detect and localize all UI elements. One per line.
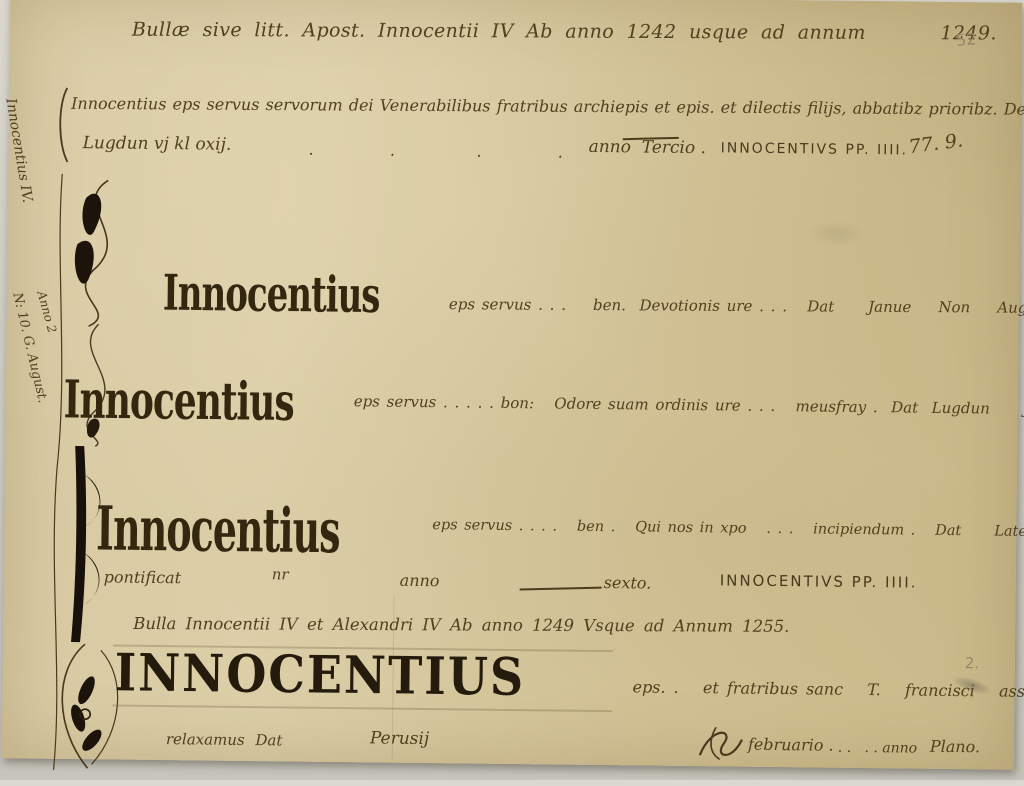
dot-leaders: . . . . bbox=[309, 141, 563, 161]
section-heading: Bulla Innocentii IV et Alexandri IV Ab a… bbox=[133, 615, 789, 636]
sexto-lead-stroke bbox=[520, 587, 602, 591]
title-line: Bullæ sive litt. Apost. Innocentii IV Ab… bbox=[132, 20, 997, 45]
bottom-dots-anno: . . . . anno bbox=[838, 741, 917, 757]
bottom-relaxamus: relaxamus Dat bbox=[166, 731, 283, 749]
margin-title-vertical: Innocentius IV. bbox=[2, 97, 34, 204]
entry-opening-line: Innocentius eps servus servorum dei Vene… bbox=[71, 95, 1024, 119]
gothic-initial-word: Innocentius bbox=[96, 498, 340, 562]
folder-number: 2. bbox=[965, 654, 980, 672]
entry-text: eps servus . . . . . bon: Odore suam ord… bbox=[354, 393, 1024, 419]
entry-closing-caps: INNOCENTIVS PP. IIII. bbox=[721, 140, 909, 158]
entry-dateline: Lugdun vj kl oxij. bbox=[83, 134, 232, 154]
bracket-flourish-icon bbox=[54, 86, 71, 164]
lombardic-initial-word: INNOCENTIUS bbox=[114, 647, 525, 703]
innocentivs-caps: INNOCENTIVS PP. IIII. bbox=[720, 571, 918, 591]
gothic-initial-word: Innocentius bbox=[63, 374, 294, 429]
pencil-guideline-bottom bbox=[112, 704, 612, 711]
bottom-plano: Plano. bbox=[930, 738, 980, 756]
entry-closing-number: 77. 9. bbox=[908, 130, 965, 158]
nr-abbrev: nr bbox=[272, 566, 289, 583]
paper-sheet: Bullæ sive litt. Apost. Innocentii IV Ab… bbox=[2, 0, 1023, 770]
anno-word: anno bbox=[400, 572, 440, 590]
paraph-flourish-icon bbox=[694, 723, 746, 764]
bottom-februario: februario . bbox=[748, 736, 834, 755]
page-number: 52 bbox=[955, 29, 977, 50]
entry-text: eps servus . . . ben. Devotionis ure . .… bbox=[449, 296, 1024, 317]
sexto-word: sexto. bbox=[604, 574, 652, 592]
bottom-perusij: Perusij bbox=[370, 729, 429, 748]
paper-stain bbox=[808, 220, 868, 247]
entry-closing-script: anno Tercio . bbox=[589, 138, 707, 158]
entry-text: eps servus . . . . ben . Qui nos in xpo … bbox=[432, 518, 1024, 542]
pontificat-word: pontificat bbox=[104, 568, 182, 586]
gothic-initial-word: Innocentius bbox=[163, 269, 380, 321]
